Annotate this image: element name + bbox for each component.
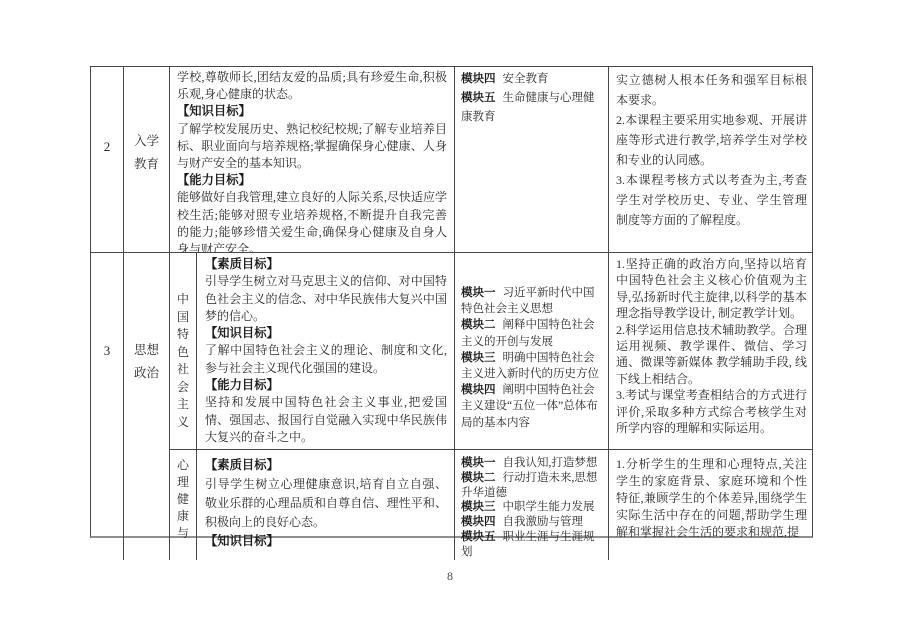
row2-modules-cell: 模块四安全教育 模块五生命健康与心理健康教育 (455, 67, 609, 252)
row2-knowledge-goal-text: 了解学校发展历史、熟记校纪校规;了解专业培养目标、职业面向与培养规格;掌握确保身… (177, 121, 447, 173)
row2-objectives-continuation: 学校,尊敬师长,团结友爱的品质;具有珍爱生命,积极乐观,身心健康的状态。 (177, 69, 447, 103)
row2-course-cell: 入学教育 (124, 67, 170, 252)
subrow1-notes-cell: 1.坚持正确的政治方向,坚持以培育中国特色社会主义核心价值观为主导,弘扬新时代主… (609, 253, 812, 449)
subrow2-vertical-title: 心理健康与 (177, 450, 189, 542)
subrow1-objectives-cell: 【素质目标】 引导学生树立对马克思主义的信仰、对中国特色社会主义的信念、对中华民… (197, 253, 455, 449)
page-number: 8 (0, 569, 900, 584)
module-label: 模块四 (461, 73, 496, 85)
module-text: 自我认知,打造梦想 (503, 457, 598, 469)
module-label: 模块五 (461, 92, 496, 104)
subrow1-ability-goal-text: 坚持和发展中国特色社会主义事业,把爱国情、强国志、报国行自觉融入实现中华民族伟大… (205, 394, 447, 446)
module-label: 模块五 (461, 531, 496, 543)
subrow1-module-2: 模块二阐释中国特色社会主义的开创与发展 (461, 317, 604, 349)
subrow1-module-1: 模块一习近平新时代中国特色社会主义思想 (461, 285, 604, 317)
module-label: 模块一 (461, 457, 496, 469)
subrow2-knowledge-goal-header: 【知识目标】 (205, 532, 447, 551)
module-label: 模块四 (461, 516, 496, 528)
subrow1-knowledge-goal-text: 了解中国特色社会主义的理论、制度和文化,参与社会主义现代化强国的建设。 (205, 342, 447, 377)
module-label: 模块一 (461, 287, 496, 299)
table-row-course-3: 3 思想政治 中国特色社会主义 【素质目标】 引导学生树立对马克思主义的信仰、对… (91, 253, 812, 560)
table-row-course-2: 2 入学教育 学校,尊敬师长,团结友爱的品质;具有珍爱生命,积极乐观,身心健康的… (91, 67, 812, 253)
subrow1-module-3: 模块三明确中国特色社会主义进入新时代的历史方位 (461, 350, 604, 382)
module-text: 安全教育 (503, 73, 549, 85)
subrow1-note-3: 3.考试与课堂考查相结合的方式进行评价,采取多种方式综合考核学生对所学内容的理解… (616, 387, 807, 436)
subrow1-note-2: 2.科学运用信息技术辅助教学。合理运用视频、教学课件、微信、学习通、微课等新媒体… (616, 322, 807, 388)
subrow1-ability-goal-header: 【能力目标】 (205, 377, 447, 394)
subrow2-notes-cell: 1.分析学生的生理和心理特点,关注学生的家庭背景、家庭环境和个性特征,兼顾学生的… (609, 450, 812, 560)
row2-module-4: 模块四安全教育 (461, 70, 604, 89)
subrow2-title-cell: 心理健康与 (170, 450, 197, 560)
row2-objectives-cell: 学校,尊敬师长,团结友爱的品质;具有珍爱生命,积极乐观,身心健康的状态。 【知识… (170, 67, 455, 252)
subrow2-module-5: 模块五职业生涯与生涯规划 (461, 530, 604, 560)
row2-note-3: 3.本课程考核方式以考查为主,考查学生对学校历史、专业、学生管理制度等方面的了解… (616, 170, 807, 230)
row2-note-1: 实立德树人根本任务和强军目标根本要求。 (616, 70, 807, 110)
subrow2-module-1: 模块一自我认知,打造梦想 (461, 456, 604, 471)
module-label: 模块三 (461, 501, 496, 513)
module-text: 自我激励与管理 (503, 516, 584, 528)
module-label: 模块四 (461, 384, 496, 396)
row2-notes-cell: 实立德树人根本任务和强军目标根本要求。 2.本课程主要采用实地参观、开展讲座等形… (609, 67, 812, 252)
subrow-socialism: 中国特色社会主义 【素质目标】 引导学生树立对马克思主义的信仰、对中国特色社会主… (170, 253, 812, 450)
curriculum-table: 2 入学教育 学校,尊敬师长,团结友爱的品质;具有珍爱生命,积极乐观,身心健康的… (90, 66, 813, 538)
subrow2-module-3: 模块三中职学生能力发展 (461, 500, 604, 515)
row2-number-cell: 2 (91, 67, 124, 252)
subrow1-quality-goal-text: 引导学生树立对马克思主义的信仰、对中国特色社会主义的信念、对中华民族伟大复兴中国… (205, 273, 447, 325)
row2-number: 2 (91, 67, 123, 155)
row2-module-5: 模块五生命健康与心理健康教育 (461, 89, 604, 127)
subrow2-quality-goal-text: 引导学生树立心理健康意识,培育自立自强、敬业乐群的心理品质和自尊自信、理性平和、… (205, 475, 447, 532)
subrow1-quality-goal-header: 【素质目标】 (205, 256, 447, 273)
subrow2-note-1: 1.分析学生的生理和心理特点,关注学生的家庭背景、家庭环境和个性特征,兼顾学生的… (616, 456, 807, 541)
module-label: 模块二 (461, 472, 496, 484)
row2-note-2: 2.本课程主要采用实地参观、开展讲座等形式进行教学,培养学生对学校和专业的认同感… (616, 110, 807, 170)
subrow1-note-1: 1.坚持正确的政治方向,坚持以培育中国特色社会主义核心价值观为主导,弘扬新时代主… (616, 256, 807, 322)
subrow-mental-health: 心理健康与 【素质目标】 引导学生树立心理健康意识,培育自立自强、敬业乐群的心理… (170, 450, 812, 560)
module-text: 中职学生能力发展 (503, 501, 595, 513)
subrow1-vertical-title: 中国特色社会主义 (177, 253, 189, 431)
row3-number: 3 (91, 253, 123, 359)
module-label: 模块三 (461, 352, 496, 364)
document-page: 2 入学教育 学校,尊敬师长,团结友爱的品质;具有珍爱生命,积极乐观,身心健康的… (0, 0, 900, 636)
subrow1-knowledge-goal-header: 【知识目标】 (205, 325, 447, 342)
row3-course-cell: 思想政治 (124, 253, 170, 560)
row3-course-name: 思想政治 (128, 253, 165, 385)
row3-subrows: 中国特色社会主义 【素质目标】 引导学生树立对马克思主义的信仰、对中国特色社会主… (170, 253, 812, 560)
row2-ability-goal-header: 【能力目标】 (177, 172, 447, 189)
subrow1-title-cell: 中国特色社会主义 (170, 253, 197, 449)
module-label: 模块二 (461, 319, 496, 331)
subrow2-module-4: 模块四自我激励与管理 (461, 515, 604, 530)
subrow1-module-4: 模块四阐明中国特色社会主义建设“五位一体”总体布局的基本内容 (461, 382, 604, 431)
row2-course-name: 入学教育 (128, 67, 165, 176)
row3-number-cell: 3 (91, 253, 124, 560)
row2-ability-goal-text: 能够做好自我管理,建立良好的人际关系,尽快适应学校生活;能够对照专业培养规格,不… (177, 189, 447, 252)
subrow1-modules-cell: 模块一习近平新时代中国特色社会主义思想 模块二阐释中国特色社会主义的开创与发展 … (455, 253, 609, 449)
subrow2-modules-cell: 模块一自我认知,打造梦想 模块二行动打造未来,思想升华道德 模块三中职学生能力发… (455, 450, 609, 560)
subrow2-quality-goal-header: 【素质目标】 (205, 456, 447, 475)
row2-knowledge-goal-header: 【知识目标】 (177, 103, 447, 120)
subrow2-objectives-cell: 【素质目标】 引导学生树立心理健康意识,培育自立自强、敬业乐群的心理品质和自尊自… (197, 450, 455, 560)
subrow2-module-2: 模块二行动打造未来,思想升华道德 (461, 471, 604, 501)
